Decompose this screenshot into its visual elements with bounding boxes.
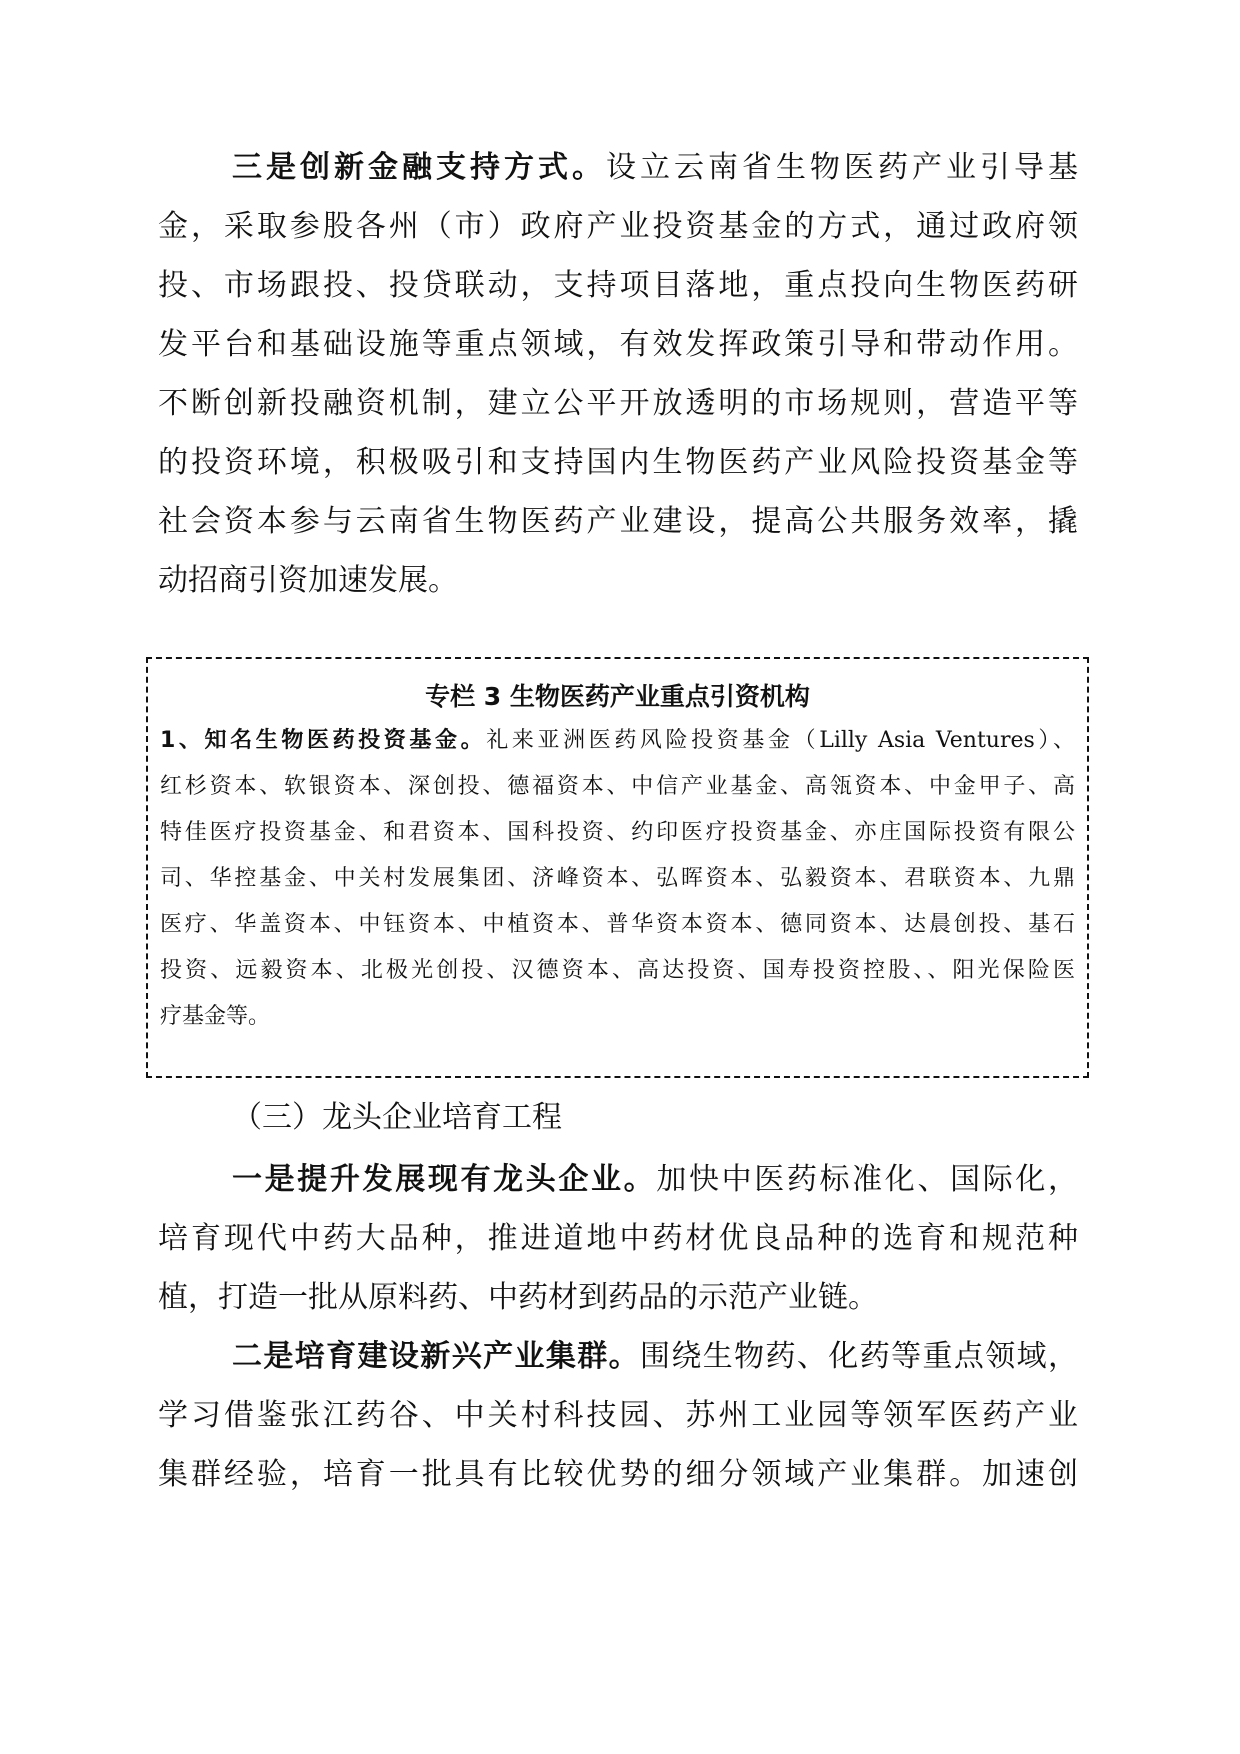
section-heading: （三）龙头企业培育工程 [232, 1098, 562, 1138]
column-box-line: 特佳医疗投资基金、和君资本、国科投资、约印医疗投资基金、亦庄国际投资有限公 [160, 817, 1075, 849]
paragraph-line: 的投资环境，积极吸引和支持国内生物医药产业风险投资基金等 [158, 443, 1078, 483]
paragraph-line: 三是创新金融支持方式。设立云南省生物医药产业引导基 [232, 148, 1078, 188]
paragraph-text: 设立云南省生物医药产业引导基 [606, 150, 1078, 185]
paragraph-line: 动招商引资加速发展。 [158, 561, 1078, 601]
column-box-title: 专栏 3 生物医药产业重点引资机构 [148, 679, 1087, 715]
paragraph-text: 加快中医药标准化、国际化， [656, 1162, 1078, 1197]
paragraph-line: 投、市场跟投、投贷联动，支持项目落地，重点投向生物医药研 [158, 266, 1078, 306]
paragraph-line: 不断创新投融资机制，建立公平开放透明的市场规则，营造平等 [158, 384, 1078, 424]
column-box-item-lead: 1、知名生物医药投资基金。 [160, 728, 486, 753]
paragraph-line: 培育现代中药大品种，推进道地中药材优良品种的选育和规范种 [158, 1219, 1078, 1259]
column-box: 专栏 3 生物医药产业重点引资机构 1、知名生物医药投资基金。礼来亚洲医药风险投… [146, 657, 1089, 1078]
document-page: 三是创新金融支持方式。设立云南省生物医药产业引导基 金，采取参股各州（市）政府产… [0, 0, 1240, 1754]
column-box-line: 投资、远毅资本、北极光创投、汉德资本、高达投资、国寿投资控股、、阳光保险医 [160, 955, 1075, 987]
column-box-line: 医疗、华盖资本、中钰资本、中植资本、普华资本资本、德同资本、达晨创投、基石 [160, 909, 1075, 941]
paragraph-line: 一是提升发展现有龙头企业。加快中医药标准化、国际化， [232, 1160, 1078, 1200]
paragraph-line: 社会资本参与云南省生物医药产业建设，提高公共服务效率，撬 [158, 502, 1078, 542]
paragraph-lead: 三是创新金融支持方式。 [232, 150, 606, 185]
column-box-line: 司、华控基金、中关村发展集团、济峰资本、弘晖资本、弘毅资本、君联资本、九鼎 [160, 863, 1075, 895]
paragraph-line: 学习借鉴张江药谷、中关村科技园、苏州工业园等领军医药产业 [158, 1396, 1078, 1436]
paragraph-line: 金，采取参股各州（市）政府产业投资基金的方式，通过政府领 [158, 207, 1078, 247]
paragraph-lead: 一是提升发展现有龙头企业。 [232, 1162, 656, 1197]
paragraph-line: 植，打造一批从原料药、中药材到药品的示范产业链。 [158, 1278, 1078, 1318]
column-box-text: 礼来亚洲医药风险投资基金（Lilly Asia Ventures）、 [486, 728, 1075, 753]
paragraph-lead: 二是培育建设新兴产业集群。 [232, 1339, 640, 1374]
paragraph-line: 发平台和基础设施等重点领域，有效发挥政策引导和带动作用。 [158, 325, 1078, 365]
column-box-line: 疗基金等。 [160, 1001, 1075, 1033]
paragraph-line: 集群经验，培育一批具有比较优势的细分领域产业集群。加速创 [158, 1455, 1078, 1495]
column-box-line: 红杉资本、软银资本、深创投、德福资本、中信产业基金、高瓴资本、中金甲子、高 [160, 771, 1075, 803]
paragraph-text: 围绕生物药、化药等重点领域， [640, 1339, 1078, 1374]
column-box-line: 1、知名生物医药投资基金。礼来亚洲医药风险投资基金（Lilly Asia Ven… [160, 725, 1075, 757]
paragraph-line: 二是培育建设新兴产业集群。围绕生物药、化药等重点领域， [232, 1337, 1078, 1377]
